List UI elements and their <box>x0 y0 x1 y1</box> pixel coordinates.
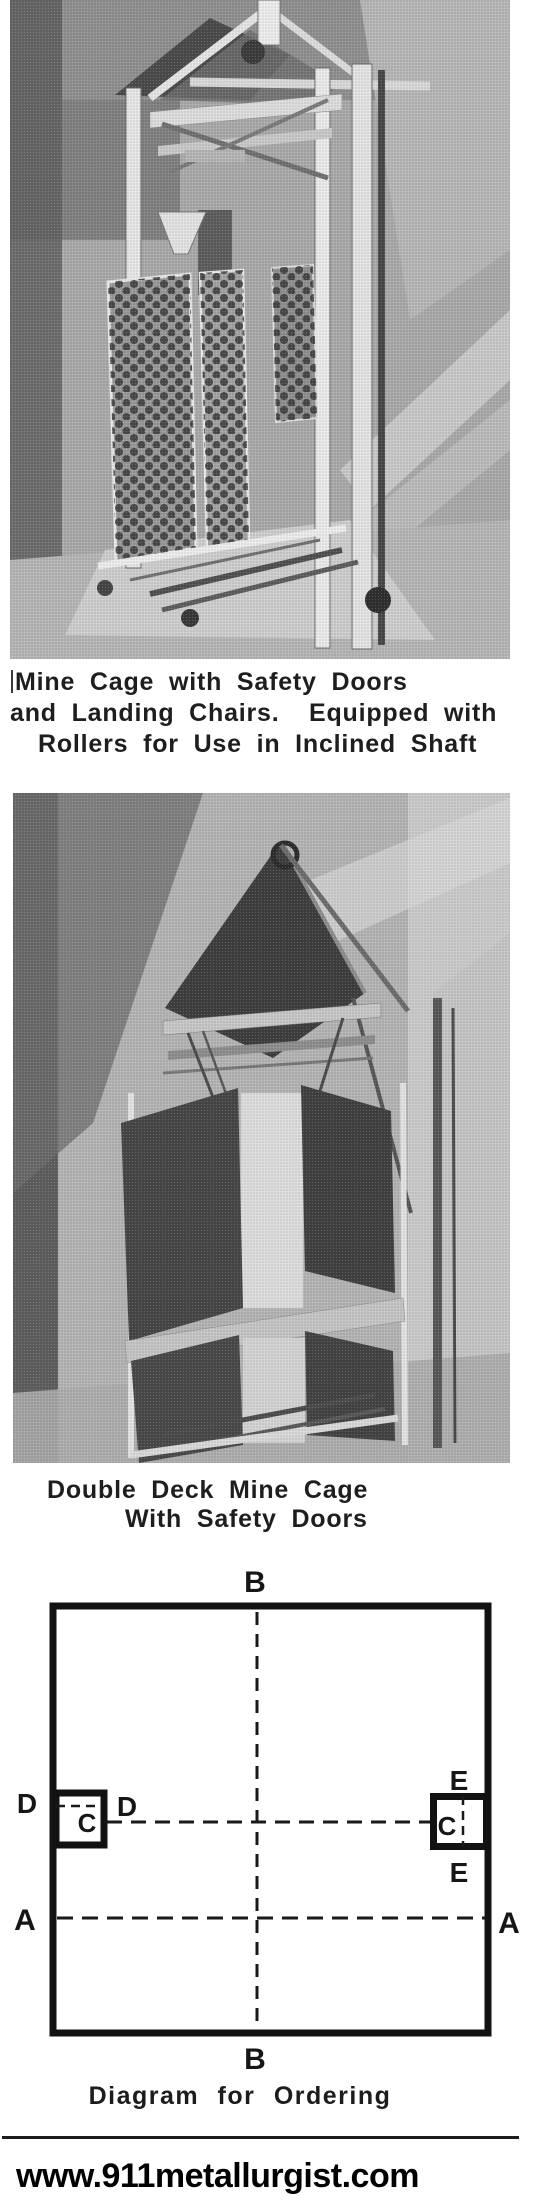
figure2-caption: Double Deck Mine Cage With Safety Doors <box>0 1476 550 1534</box>
scanned-page: Mine Cage with Safety Doors and Landing … <box>0 0 550 2208</box>
label-b-top: B <box>244 1566 266 1599</box>
diagram-caption: Diagram for Ordering <box>0 2082 480 2111</box>
double-deck-mine-cage-photo <box>13 793 510 1463</box>
mine-cage-photo <box>10 0 510 659</box>
footer-website-url: www.911metallurgist.com <box>16 2157 419 2196</box>
halftone-texture <box>13 793 510 1463</box>
figure1-caption-line1: Mine Cage with Safety Doors <box>15 668 408 696</box>
footer-divider <box>2 2136 519 2139</box>
label-e-bottom: E <box>450 1857 469 1888</box>
label-a-right: A <box>498 1907 520 1940</box>
scan-artifact-line <box>11 670 13 693</box>
figure2-caption-line2: With Safety Doors <box>125 1505 550 1534</box>
figure1-caption-line2: and Landing Chairs. Equipped with <box>10 698 550 729</box>
ordering-diagram: B B A A D D C C E E <box>0 1560 550 2120</box>
halftone-texture <box>10 0 510 659</box>
label-c-right: C <box>438 1811 457 1841</box>
figure1-caption: Mine Cage with Safety Doors and Landing … <box>0 667 550 760</box>
label-e-top: E <box>450 1765 469 1796</box>
figure2-caption-line1: Double Deck Mine Cage <box>47 1476 550 1505</box>
diagram-labels: B B A A D D C C E E <box>14 1566 520 2076</box>
label-d-inner: D <box>117 1791 137 1822</box>
figure1-caption-line3: Rollers for Use in Inclined Shaft <box>38 729 550 760</box>
label-d-outer: D <box>17 1788 37 1819</box>
label-a-left: A <box>14 1904 36 1937</box>
label-b-bottom: B <box>244 2043 266 2076</box>
label-c-left: C <box>78 1808 97 1838</box>
